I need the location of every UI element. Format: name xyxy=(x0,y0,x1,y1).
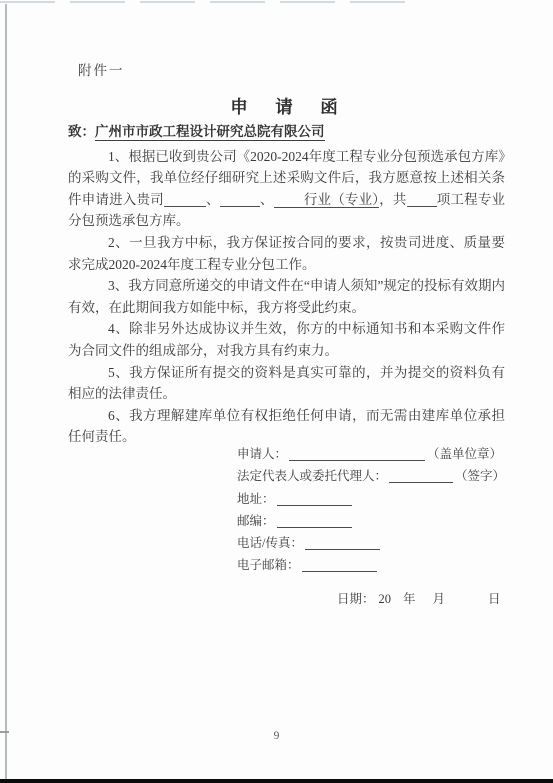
date-label: 日期： xyxy=(337,589,375,607)
paragraph-2: 2、一旦我方中标，我方保证按合同的要求，按贵司进度、质量要求完成2020-202… xyxy=(68,232,505,275)
email-blank-field xyxy=(302,559,377,572)
date-year-prefix: 20 xyxy=(379,592,392,607)
phone-fax-row: 电话/传真： xyxy=(237,532,505,554)
email-label: 电子邮箱： xyxy=(237,558,300,572)
recipient-company-name: 广州市市政工程设计研究总院有限公司 xyxy=(95,124,325,141)
applicant-row: 申请人：（盖单位章） xyxy=(237,443,505,465)
paragraph-6: 6、我方理解建库单位有权拒绝任何申请，而无需由建库单位承担任何责任。 xyxy=(68,405,505,448)
document-body: 致：广州市市政工程设计研究总院有限公司 1、根据已收到贵公司《2020-2024… xyxy=(68,121,505,448)
postcode-label: 邮编： xyxy=(237,514,275,528)
recipient-line: 致：广州市市政工程设计研究总院有限公司 xyxy=(68,121,505,143)
representative-label: 法定代表人或委托代理人： xyxy=(237,469,387,483)
scan-edge-top-artifact xyxy=(0,1,420,3)
blank-field-count xyxy=(407,193,437,207)
phone-fax-label: 电话/传真： xyxy=(237,536,303,550)
postcode-blank-field xyxy=(277,515,352,528)
recipient-prefix: 致： xyxy=(68,124,95,139)
paragraph-3: 3、我方同意所递交的申请文件在“申请人须知”规定的投标有效期内有效，在此期间我方… xyxy=(68,275,505,318)
industry-specialty-underlined: 行业（专业） xyxy=(274,192,380,208)
representative-blank-field xyxy=(389,470,453,483)
email-row: 电子邮箱： xyxy=(237,554,505,576)
paragraph-1-text: ，共 xyxy=(379,192,406,207)
applicant-label: 申请人： xyxy=(237,447,287,461)
representative-row: 法定代表人或委托代理人：（签字） xyxy=(237,465,505,487)
address-row: 地址： xyxy=(237,488,505,510)
representative-signature-note: （签字） xyxy=(455,469,505,483)
paragraph-4: 4、除非另外达成协议并生效，你方的中标通知书和本采购文件作为合同文件的组成部分，… xyxy=(68,318,505,361)
phone-fax-blank-field xyxy=(305,537,380,550)
postcode-row: 邮编： xyxy=(237,510,505,532)
date-line: 日期：20年月日 xyxy=(337,589,501,607)
address-blank-field xyxy=(277,493,352,506)
date-month-unit: 月 xyxy=(433,589,446,607)
paragraph-1: 1、根据已收到贵公司《2020-2024年度工程专业分包预选承包方库》的采购文件… xyxy=(68,146,505,232)
scanned-document-page: 附件一 申 请 函 致：广州市市政工程设计研究总院有限公司 1、根据已收到贵公司… xyxy=(0,0,553,783)
document-title: 申 请 函 xyxy=(68,94,505,119)
scan-edge-bottom-artifact xyxy=(0,779,553,783)
blank-field-industry-2 xyxy=(220,193,260,207)
applicant-blank-field xyxy=(289,448,425,461)
signature-block: 申请人：（盖单位章） 法定代表人或委托代理人：（签字） 地址： 邮编： 电话/传… xyxy=(237,443,505,577)
applicant-seal-note: （盖单位章） xyxy=(427,447,502,461)
industry-specialty-label: 行业（专业） xyxy=(304,192,380,207)
page-number: 9 xyxy=(0,730,553,742)
paragraph-5: 5、我方保证所有提交的资料是真实可靠的，并为提交的资料负有相应的法律责任。 xyxy=(68,362,505,405)
separator-text: 、 xyxy=(260,192,274,207)
address-label: 地址： xyxy=(237,492,275,506)
blank-field-industry-1 xyxy=(164,193,206,207)
blank-field-industry-3 xyxy=(274,194,304,207)
separator-text: 、 xyxy=(206,192,220,207)
date-year-unit: 年 xyxy=(403,589,416,607)
attachment-label: 附件一 xyxy=(78,59,125,79)
scan-edge-left-artifact xyxy=(5,4,7,783)
date-day-unit: 日 xyxy=(488,589,501,607)
